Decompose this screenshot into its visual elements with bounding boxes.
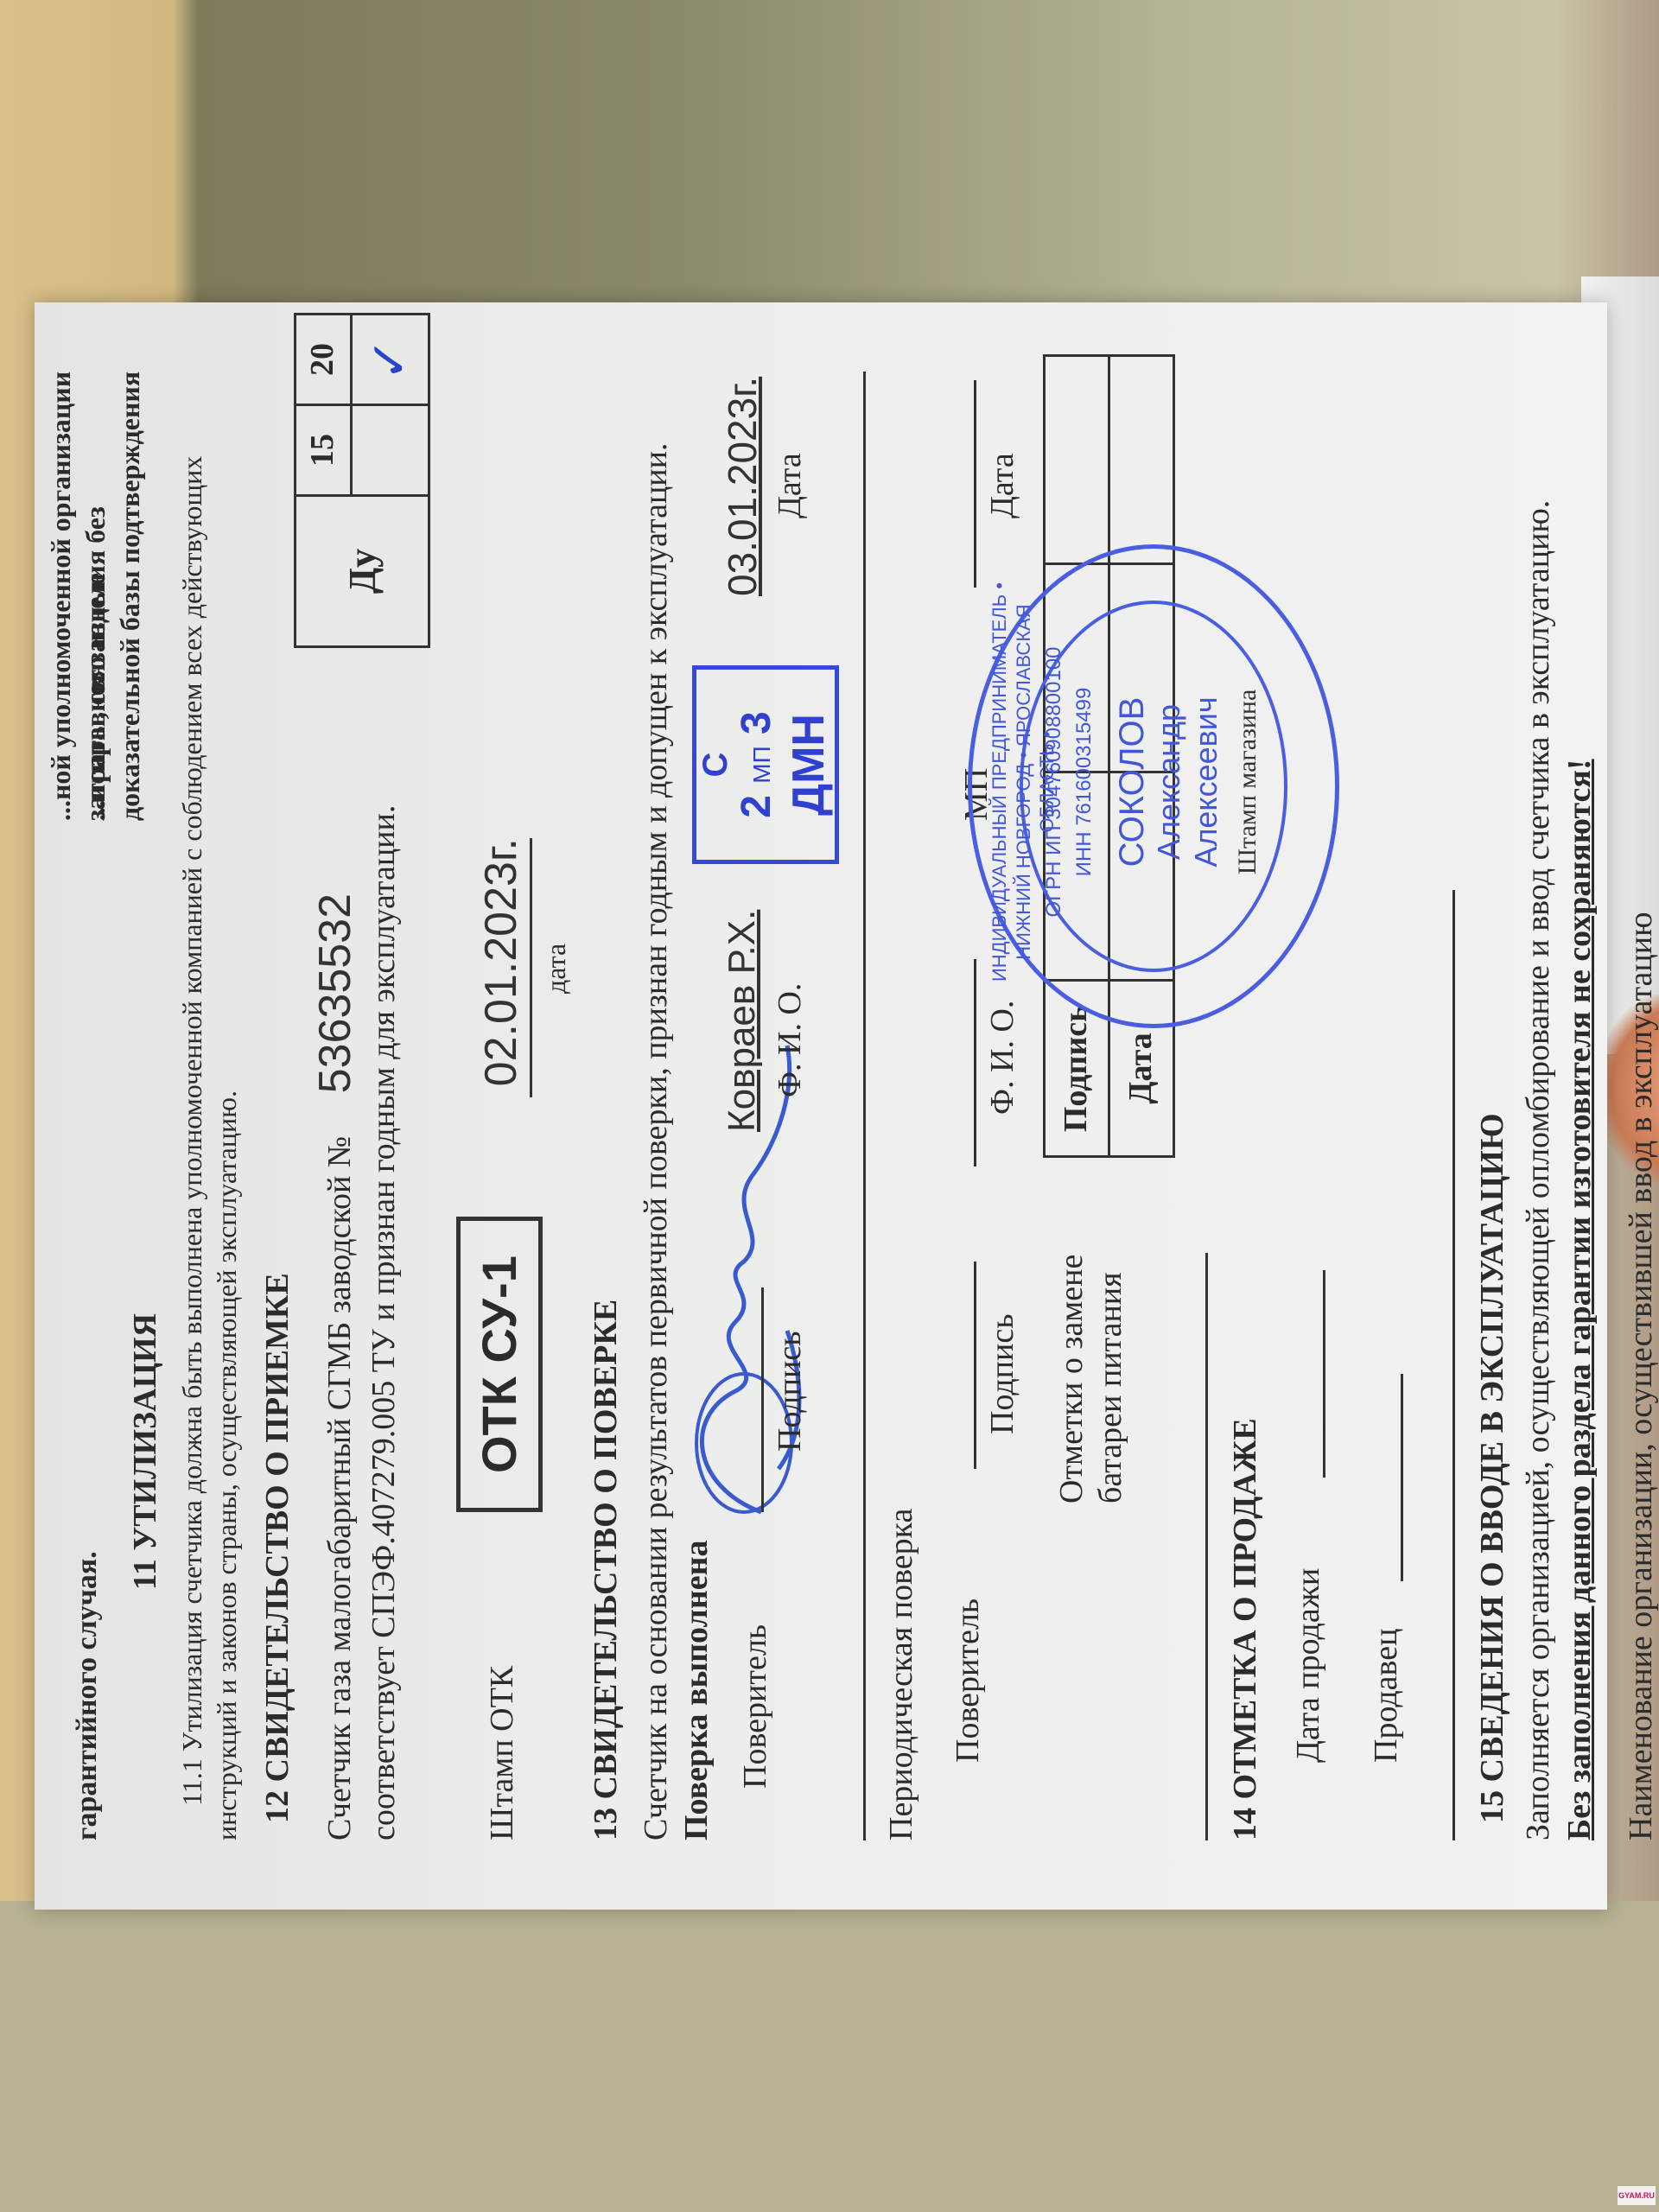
sec11-pre: гарантийного случая. bbox=[71, 1551, 103, 1840]
sec15-text: Заполняется организацией, осуществляющей… bbox=[1518, 354, 1560, 1840]
otk-box: ОТК СУ-1 bbox=[456, 1217, 543, 1512]
org-name-field[interactable] bbox=[1625, 541, 1659, 904]
verify-date-caption: Дата bbox=[770, 453, 811, 518]
sec13-title: 13 СВИДЕТЕЛЬСТВО О ПОВЕРКЕ bbox=[586, 354, 627, 1840]
sale-date-label: Дата продажи bbox=[1288, 1568, 1330, 1763]
periodic-date-line bbox=[939, 380, 976, 588]
shop-stamp-ogrn: ОГРН ИП 304760908800100 bbox=[1041, 635, 1067, 929]
divider bbox=[1452, 890, 1455, 1840]
du-cell-15 bbox=[352, 405, 429, 496]
sec11-title: 11 УТИЛИЗАЦИЯ bbox=[125, 1063, 167, 1840]
du-col-15: 15 bbox=[296, 405, 352, 496]
verification-stamp-right: 3 bbox=[734, 711, 779, 734]
verifier-name: Ковраев Р.Х. bbox=[718, 910, 766, 1132]
du-label: Ду bbox=[296, 496, 429, 647]
seller-label: Продавец bbox=[1366, 1629, 1408, 1763]
sale-date-field[interactable] bbox=[1280, 1270, 1325, 1478]
battery-label-2: батареи питания bbox=[1090, 1272, 1132, 1503]
periodic-verifier: Поверитель bbox=[948, 1599, 989, 1763]
verification-stamp-bottom: ДМН bbox=[785, 670, 833, 860]
shop-stamp-name-3: Алексеевич bbox=[1186, 635, 1225, 929]
otk-date: 02.01.2023г. bbox=[474, 838, 532, 1097]
periodic-fio-line bbox=[939, 959, 976, 1166]
verifier-label: Поверитель bbox=[735, 1624, 777, 1789]
divider bbox=[863, 372, 866, 1840]
watermark: GYAM.RU bbox=[1618, 2186, 1656, 2205]
battery-label-1: Отметки о замене bbox=[1052, 1255, 1093, 1503]
table-surface bbox=[0, 1901, 1659, 2212]
periodic-signature-line bbox=[939, 1262, 976, 1469]
verify-date: 03.01.2023г. bbox=[718, 377, 768, 596]
sec15-title: 15 СВЕДЕНИЯ О ВВОДЕ В ЭКСПЛУАТАЦИЮ bbox=[1472, 354, 1514, 1840]
periodic-title: Периодическая поверка bbox=[881, 354, 923, 1840]
otk-stamp-label: Штамп ОТК bbox=[482, 1666, 524, 1840]
shop-stamp-inn: ИНН 761600315499 bbox=[1071, 635, 1097, 929]
sec12-text-1: Счетчик газа малогабаритный СГМБ заводск… bbox=[321, 1136, 358, 1840]
shop-stamp-name-1: СОКОЛОВ bbox=[1110, 635, 1154, 929]
serial-number: 53635532 bbox=[310, 893, 360, 1093]
verification-stamp-left: 2 bbox=[734, 795, 779, 818]
verification-stamp-top: С bbox=[696, 670, 734, 860]
shop-stamp-name-2: Александр bbox=[1149, 635, 1188, 929]
sec11-text-1: 11.1 Утилизация счетчика должна быть вып… bbox=[175, 354, 209, 1840]
otk-date-caption: дата bbox=[538, 944, 573, 994]
periodic-signature-caption: Подпись bbox=[982, 1313, 1024, 1434]
verifier-signature-line bbox=[727, 1287, 764, 1512]
document-photo: гарантийного случая. ...ной уполномоченн… bbox=[17, 285, 1624, 1910]
shop-stamp: ИНДИВИДУАЛЬНЫЙ ПРЕДПРИНИМАТЕЛЬ • НИЖНИЙ … bbox=[968, 544, 1339, 1028]
shop-stamp-caption: Штамп магазина bbox=[1231, 635, 1264, 929]
periodic-date-caption: Дата bbox=[982, 453, 1024, 518]
verification-stamp: С 2 МП 3 ДМН bbox=[692, 665, 839, 864]
du-table: Ду 15 20 ✓ bbox=[294, 313, 430, 648]
org-name-label: Наименование организации, осуществившей … bbox=[1623, 912, 1659, 1840]
top-right-text-2: ...исправного изделия без доказательной … bbox=[78, 354, 147, 821]
verifier-fio-caption: Ф. И. О. bbox=[770, 983, 811, 1097]
verification-stamp-mp: МП bbox=[748, 746, 775, 783]
periodic-fio-caption: Ф. И. О. bbox=[982, 1001, 1024, 1115]
sec15-warning: Без заполнения данного раздела гарантии … bbox=[1560, 354, 1601, 1840]
sec12-title: 12 СВИДЕТЕЛЬСТВО О ПРИЕМКЕ bbox=[257, 354, 299, 1840]
document-sheet: гарантийного случая. ...ной уполномоченн… bbox=[35, 302, 1607, 1910]
divider bbox=[1205, 1253, 1208, 1840]
verifier-signature-caption: Подпись bbox=[770, 1331, 811, 1452]
du-col-20: 20 bbox=[296, 315, 352, 405]
seller-field[interactable] bbox=[1357, 1374, 1403, 1581]
sec11-text-2: инструкций и законов страны, осуществляю… bbox=[209, 354, 244, 1840]
du-check-icon: ✓ bbox=[352, 315, 429, 405]
